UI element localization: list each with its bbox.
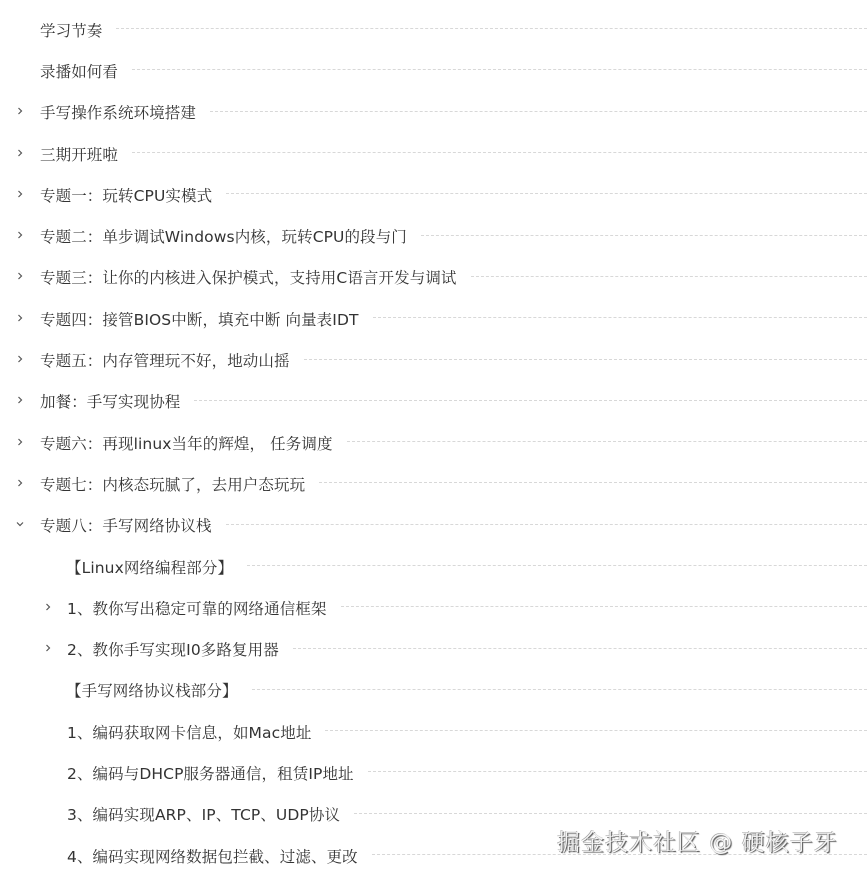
toc-item-label: 2、教你手写实现I0多路复用器 bbox=[67, 640, 293, 660]
toc-item-topic-8[interactable]: 专题八：手写网络协议栈 bbox=[0, 506, 867, 547]
dotted-leader bbox=[226, 524, 867, 525]
dotted-leader bbox=[347, 441, 867, 442]
toc-item-topic-4[interactable]: 专题四：接管BIOS中断，填充中断 向量表IDT bbox=[0, 299, 867, 340]
toc-item-label: 3、编码实现ARP、IP、TCP、UDP协议 bbox=[67, 805, 354, 825]
toc-subitem-io-multiplexer[interactable]: 2、教你手写实现I0多路复用器 bbox=[0, 629, 867, 670]
toc-item-label: 1、教你写出稳定可靠的网络通信框架 bbox=[67, 599, 341, 619]
dotted-leader bbox=[194, 400, 867, 401]
chevron-right-icon[interactable] bbox=[15, 437, 25, 447]
dotted-leader bbox=[421, 235, 867, 236]
chevron-right-icon[interactable] bbox=[15, 230, 25, 240]
toc-item-label: 专题五：内存管理玩不好，地动山摇 bbox=[40, 351, 304, 371]
chevron-right-icon[interactable] bbox=[15, 148, 25, 158]
toc-item-label: 专题六：再现linux当年的辉煌， 任务调度 bbox=[40, 434, 347, 454]
toc-item-bonus-coroutine[interactable]: 加餐：手写实现协程 bbox=[0, 382, 867, 423]
dotted-leader bbox=[116, 28, 867, 29]
dotted-leader bbox=[226, 193, 867, 194]
toc-item-topic-3[interactable]: 专题三：让你的内核进入保护模式，支持用C语言开发与调试 bbox=[0, 258, 867, 299]
toc-subitem-nic-info[interactable]: 1、编码获取网卡信息，如Mac地址 bbox=[0, 712, 867, 753]
dotted-leader bbox=[471, 276, 867, 277]
toc-item-study-rhythm[interactable]: 学习节奏 bbox=[0, 10, 867, 51]
toc-section-header-protocol-stack[interactable]: 【手写网络协议栈部分】 bbox=[0, 671, 867, 712]
toc-item-topic-5[interactable]: 专题五：内存管理玩不好，地动山摇 bbox=[0, 340, 867, 381]
toc-item-label: 【Linux网络编程部分】 bbox=[66, 558, 247, 578]
toc-item-class-opening[interactable]: 三期开班啦 bbox=[0, 134, 867, 175]
chevron-right-icon[interactable] bbox=[15, 395, 25, 405]
chevron-down-icon[interactable] bbox=[15, 519, 25, 529]
dotted-leader bbox=[368, 771, 867, 772]
dotted-leader bbox=[252, 689, 867, 690]
toc-item-label: 三期开班啦 bbox=[40, 145, 132, 165]
dotted-leader bbox=[373, 317, 867, 318]
toc-item-topic-1[interactable]: 专题一：玩转CPU实模式 bbox=[0, 175, 867, 216]
table-of-contents: 学习节奏 录播如何看 手写操作系统环境搭建 三期开班啦 专题一：玩转CPU实模式… bbox=[0, 10, 867, 877]
dotted-leader bbox=[304, 359, 867, 360]
chevron-right-icon[interactable] bbox=[15, 271, 25, 281]
chevron-right-icon[interactable] bbox=[15, 354, 25, 364]
dotted-leader bbox=[354, 813, 867, 814]
toc-item-label: 2、编码与DHCP服务器通信，租赁IP地址 bbox=[67, 764, 368, 784]
toc-subitem-dhcp[interactable]: 2、编码与DHCP服务器通信，租赁IP地址 bbox=[0, 753, 867, 794]
toc-item-label: 专题二：单步调试Windows内核，玩转CPU的段与门 bbox=[40, 227, 421, 247]
toc-item-how-to-watch-recordings[interactable]: 录播如何看 bbox=[0, 51, 867, 92]
toc-item-label: 4、编码实现网络数据包拦截、过滤、更改 bbox=[67, 847, 372, 867]
chevron-right-icon[interactable] bbox=[15, 478, 25, 488]
dotted-leader bbox=[319, 482, 867, 483]
dotted-leader bbox=[325, 730, 867, 731]
watermark: 掘金技术社区 @ 硬核子牙 bbox=[557, 827, 838, 859]
toc-section-header-linux-network[interactable]: 【Linux网络编程部分】 bbox=[0, 547, 867, 588]
chevron-right-icon[interactable] bbox=[43, 643, 53, 653]
toc-item-label: 专题八：手写网络协议栈 bbox=[40, 516, 226, 536]
chevron-right-icon[interactable] bbox=[15, 189, 25, 199]
toc-item-topic-6[interactable]: 专题六：再现linux当年的辉煌， 任务调度 bbox=[0, 423, 867, 464]
dotted-leader bbox=[132, 69, 867, 70]
toc-item-topic-2[interactable]: 专题二：单步调试Windows内核，玩转CPU的段与门 bbox=[0, 216, 867, 257]
toc-item-topic-7[interactable]: 专题七：内核态玩腻了，去用户态玩玩 bbox=[0, 464, 867, 505]
toc-item-label: 【手写网络协议栈部分】 bbox=[66, 681, 252, 701]
dotted-leader bbox=[210, 111, 867, 112]
dotted-leader bbox=[341, 606, 867, 607]
toc-item-label: 专题七：内核态玩腻了，去用户态玩玩 bbox=[40, 475, 319, 495]
toc-item-label: 学习节奏 bbox=[40, 21, 116, 41]
dotted-leader bbox=[293, 648, 867, 649]
toc-item-label: 专题四：接管BIOS中断，填充中断 向量表IDT bbox=[40, 310, 373, 330]
toc-item-os-env-setup[interactable]: 手写操作系统环境搭建 bbox=[0, 93, 867, 134]
toc-item-label: 加餐：手写实现协程 bbox=[40, 392, 194, 412]
chevron-right-icon[interactable] bbox=[15, 313, 25, 323]
toc-subitem-network-framework[interactable]: 1、教你写出稳定可靠的网络通信框架 bbox=[0, 588, 867, 629]
toc-item-label: 专题一：玩转CPU实模式 bbox=[40, 186, 226, 206]
toc-item-label: 手写操作系统环境搭建 bbox=[40, 103, 210, 123]
toc-item-label: 录播如何看 bbox=[40, 62, 132, 82]
chevron-right-icon[interactable] bbox=[43, 602, 53, 612]
chevron-right-icon[interactable] bbox=[15, 106, 25, 116]
toc-item-label: 专题三：让你的内核进入保护模式，支持用C语言开发与调试 bbox=[40, 268, 471, 288]
dotted-leader bbox=[247, 565, 867, 566]
toc-item-label: 1、编码获取网卡信息，如Mac地址 bbox=[67, 723, 325, 743]
dotted-leader bbox=[132, 152, 867, 153]
